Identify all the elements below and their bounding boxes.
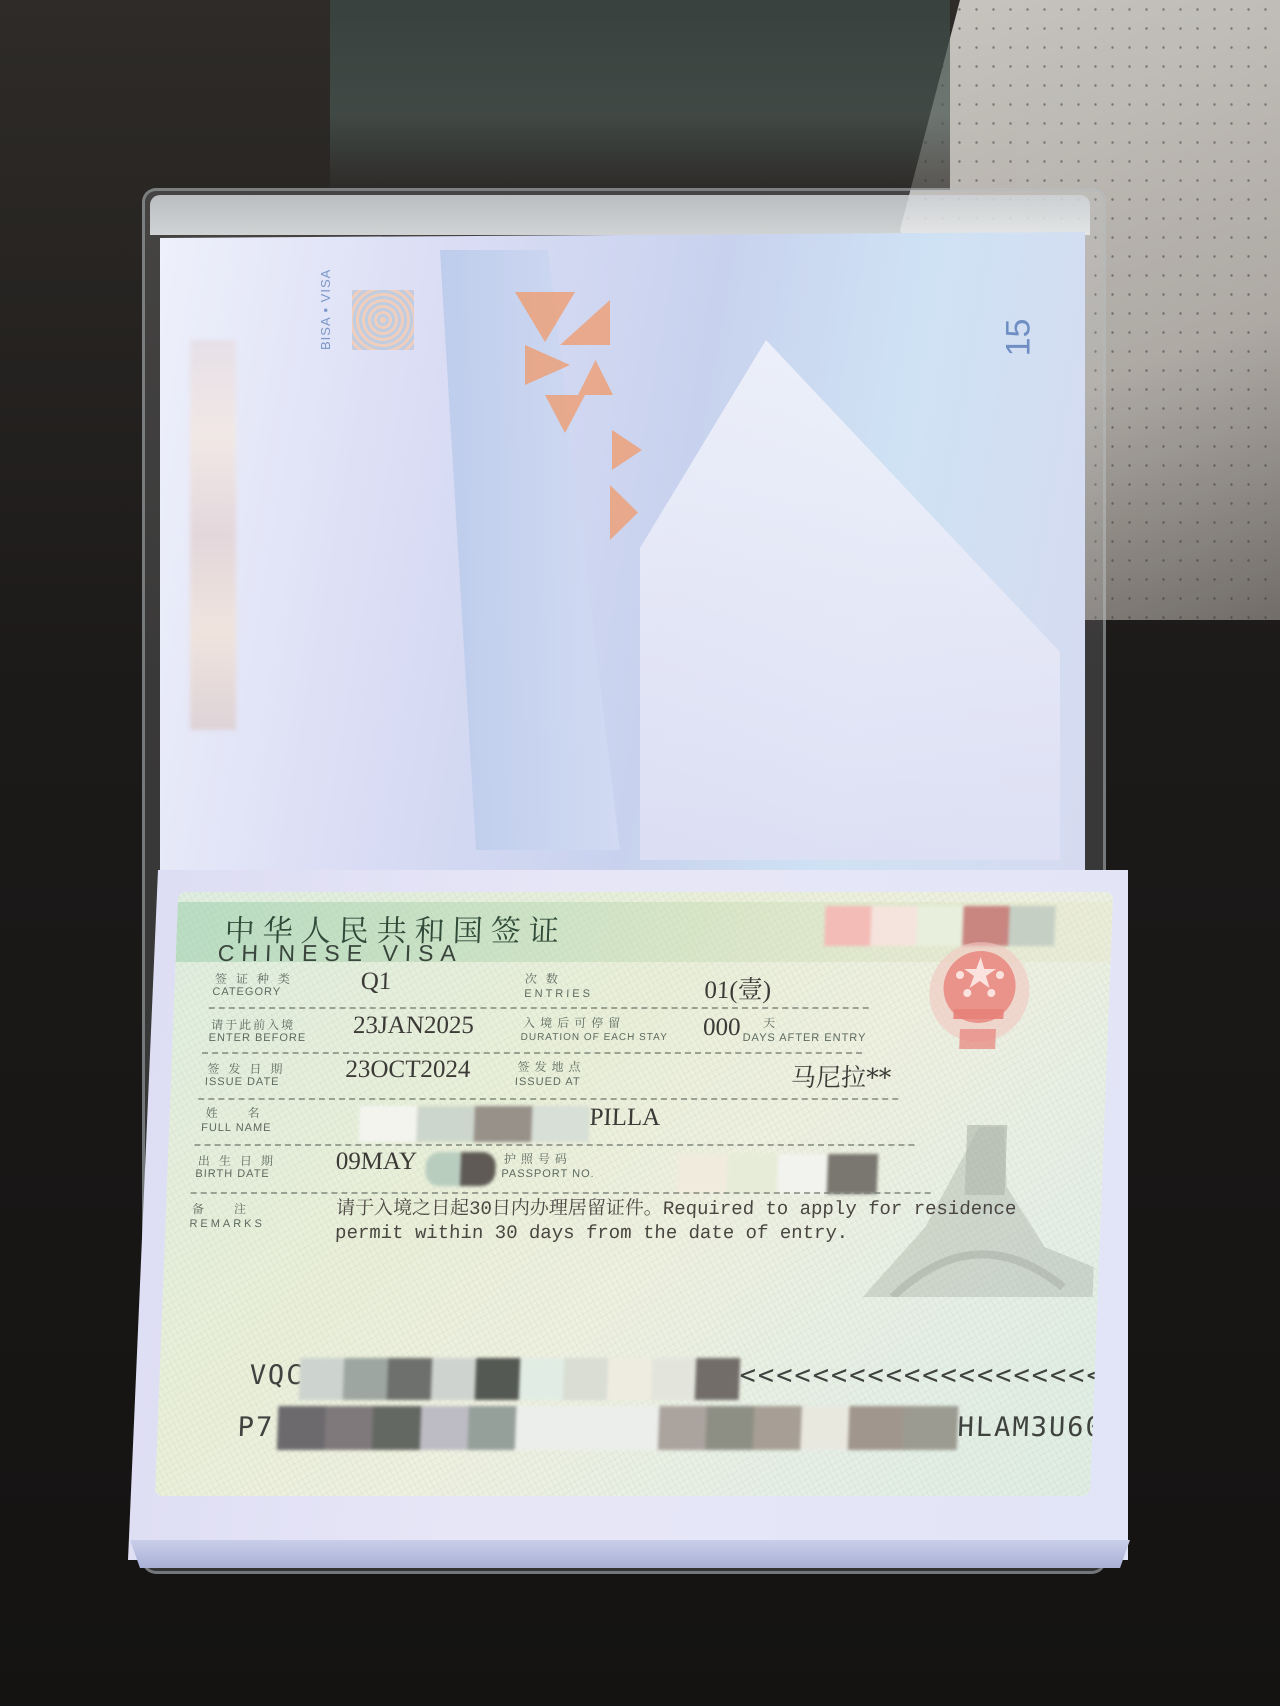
duration-label-en: DURATION OF EACH STAY [520,1032,668,1043]
issued-at-label-en: ISSUED AT [515,1076,581,1088]
redacted-mrz-line1 [299,1358,741,1400]
remarks-label-cn: 备注 [192,1200,277,1217]
divider [198,1098,898,1100]
mrz-line1-filler: <<<<<<<<<<<<<<<<<<<<<<<< [739,1360,1113,1391]
duration-label-cn: 入境后可停留 [523,1014,626,1031]
national-emblem-icon [917,937,1042,1057]
category-value: Q1 [360,968,392,996]
mrz-line2-prefix: P7 [237,1412,275,1443]
enter-before-label-cn: 请于此前入境 [211,1016,296,1033]
remarks-label-en: REMARKS [189,1218,265,1230]
hologram-icon [352,290,414,350]
redacted-passport-no [677,1154,879,1194]
issued-at-value: 马尼拉** [790,1058,891,1094]
chinese-visa-sticker: 中华人民共和国签证 CHINESE VISA 签证种类 CATEGORY Q1 … [155,892,1113,1496]
redacted-full-name [359,1106,590,1142]
divider [209,1007,869,1009]
category-label-en: CATEGORY [212,986,281,998]
divider [194,1144,914,1146]
divider [191,1192,931,1194]
mrz-line2-visible: HLAM3U60N82 [957,1412,1113,1443]
window-reflection [330,0,950,190]
entries-label-cn: 次数 [525,970,568,987]
duration-value: 000 [702,1014,741,1042]
visa-title-en: CHINESE VISA [217,940,463,967]
duration-unit-cn: 天 [763,1014,785,1031]
plastic-sleeve-top [150,195,1090,235]
duration-unit-en: DAYS AFTER ENTRY [742,1032,866,1044]
enter-before-label-en: ENTER BEFORE [208,1032,306,1044]
full-name-visible: PILLA [589,1104,661,1132]
birth-date-label-en: BIRTH DATE [195,1168,270,1180]
issue-date-label-cn: 签发日期 [207,1060,292,1077]
issue-date-value: 23OCT2024 [345,1056,471,1084]
divider [202,1052,862,1054]
full-name-label-cn: 姓名 [205,1104,290,1121]
passport-no-label-cn: 护照号码 [504,1150,573,1167]
birth-date-visible: 09MAY [335,1148,417,1176]
mrz-line1-prefix: VQC [249,1360,305,1391]
entries-label-en: ENTRIES [524,988,593,1000]
category-label-cn: 签证种类 [215,970,300,987]
redacted-strip [190,340,236,730]
full-name-label-en: FULL NAME [201,1122,272,1134]
redacted-birth-year [425,1152,496,1186]
page-edges [130,1540,1130,1568]
side-label: BISA • VISA [318,269,333,350]
birth-date-label-cn: 出生日期 [198,1152,283,1169]
redacted-mrz-line2 [277,1406,959,1450]
issue-date-label-en: ISSUE DATE [205,1076,280,1088]
page-number: 15 [999,319,1038,357]
passport-no-label-en: PASSPORT NO. [501,1168,595,1180]
enter-before-value: 23JAN2025 [353,1012,475,1040]
remarks-text: 请于入境之日起30日内办理居留证件。Required to apply for … [335,1197,1057,1245]
issued-at-label-cn: 签发地点 [517,1058,586,1075]
entries-value: 01(壹) [704,970,772,1006]
